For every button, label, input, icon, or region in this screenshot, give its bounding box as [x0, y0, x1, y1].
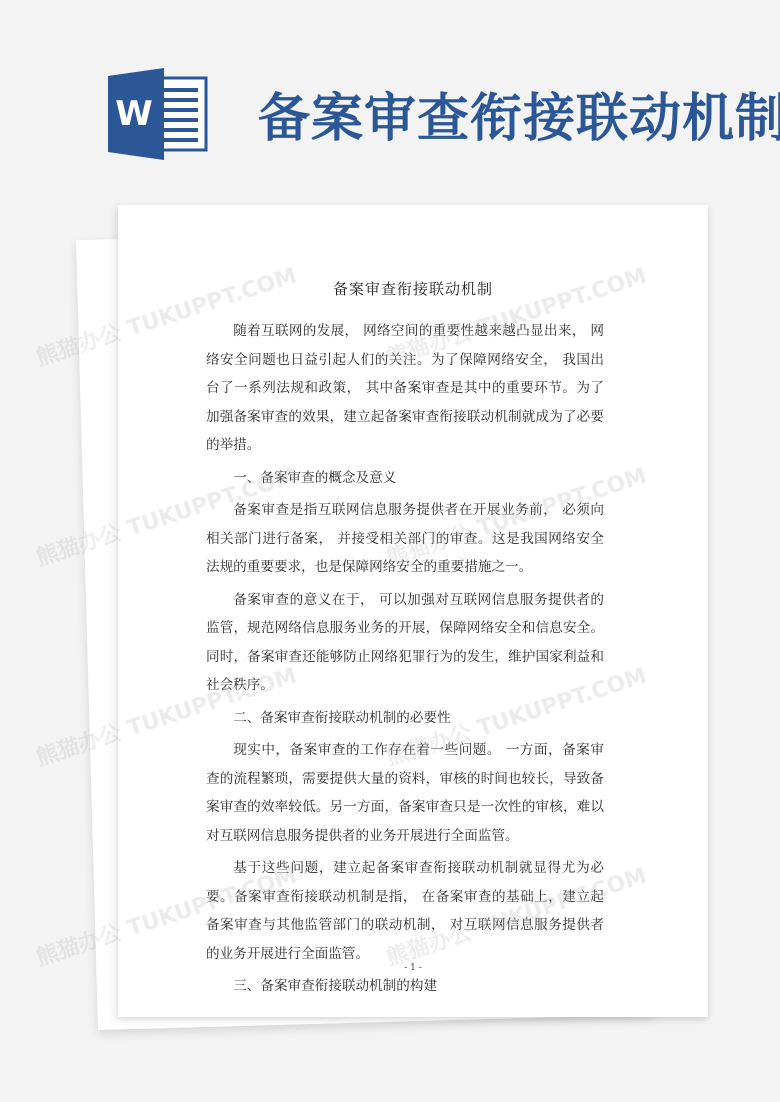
paragraph: 随着互联网的发展， 网络空间的重要性越来越凸显出来， 网络安全问题也日益引起人们…	[206, 317, 604, 460]
banner-title: 备案审查衔接联动机制	[258, 76, 780, 151]
paragraph: 备案审查的意义在于， 可以加强对互联网信息服务提供者的监管，规范网络信息服务业务…	[206, 586, 604, 700]
document-title: 备案审查衔接联动机制	[118, 278, 708, 299]
document-page: 备案审查衔接联动机制 随着互联网的发展， 网络空间的重要性越来越凸显出来， 网络…	[118, 205, 708, 1017]
section-heading: 二、备案审查衔接联动机制的必要性	[206, 704, 604, 733]
paragraph: 现实中，备案审查的工作存在着一些问题。 一方面，备案审查的流程繁琐，需要提供大量…	[206, 736, 604, 850]
banner: W 备案审查衔接联动机制	[0, 0, 780, 180]
section-heading: 三、备案审查衔接联动机制的构建	[206, 972, 604, 1001]
paragraph: 基于这些问题，建立起备案审查衔接联动机制就显得尤为必要。备案审查衔接联动机制是指…	[206, 854, 604, 968]
svg-text:W: W	[115, 94, 153, 134]
document-body: 随着互联网的发展， 网络空间的重要性越来越凸显出来， 网络安全问题也日益引起人们…	[206, 317, 604, 1005]
section-heading: 一、备案审查的概念及意义	[206, 464, 604, 493]
paragraph: 备案审查是指互联网信息服务提供者在开展业务前， 必须向相关部门进行备案， 并接受…	[206, 496, 604, 582]
word-icon: W	[108, 68, 208, 160]
page-number: - 1 -	[118, 963, 708, 973]
